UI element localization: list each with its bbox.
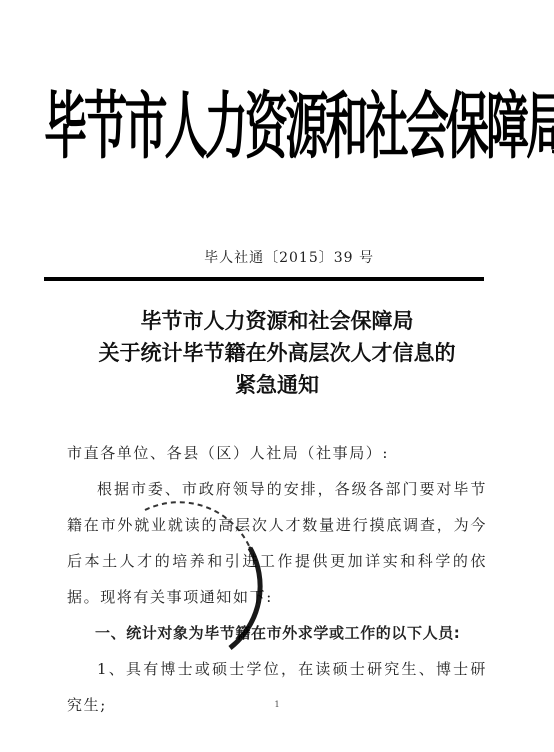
- document-masthead: 毕节市人力资源和社会保障局文件: [44, 57, 484, 197]
- list-item: 1、具有博士或硕士学位，在读硕士研究生、博士研究生;: [67, 651, 487, 723]
- section-heading: 一、统计对象为毕节籍在市外求学或工作的以下人员:: [67, 615, 487, 651]
- header-divider: [44, 277, 484, 281]
- document-title: 毕节市人力资源和社会保障局 关于统计毕节籍在外高层次人才信息的 紧急通知: [0, 305, 554, 401]
- salutation: 市直各单位、各县（区）人社局（社事局）:: [67, 435, 487, 471]
- document-number-text: 毕人社通〔2015〕39 号: [204, 247, 374, 267]
- masthead-text: 毕节市人力资源和社会保障局文件: [44, 57, 554, 197]
- title-line-3: 紧急通知: [0, 369, 554, 401]
- document-number: 毕人社通〔2015〕39 号: [0, 247, 554, 267]
- title-line-2: 关于统计毕节籍在外高层次人才信息的: [0, 337, 554, 369]
- page-number: 1: [0, 700, 554, 709]
- body-paragraph: 根据市委、市政府领导的安排，各级各部门要对毕节籍在市外就业就读的高层次人才数量进…: [67, 471, 487, 615]
- document-body: 市直各单位、各县（区）人社局（社事局）: 根据市委、市政府领导的安排，各级各部门…: [67, 435, 487, 723]
- title-line-1: 毕节市人力资源和社会保障局: [0, 305, 554, 337]
